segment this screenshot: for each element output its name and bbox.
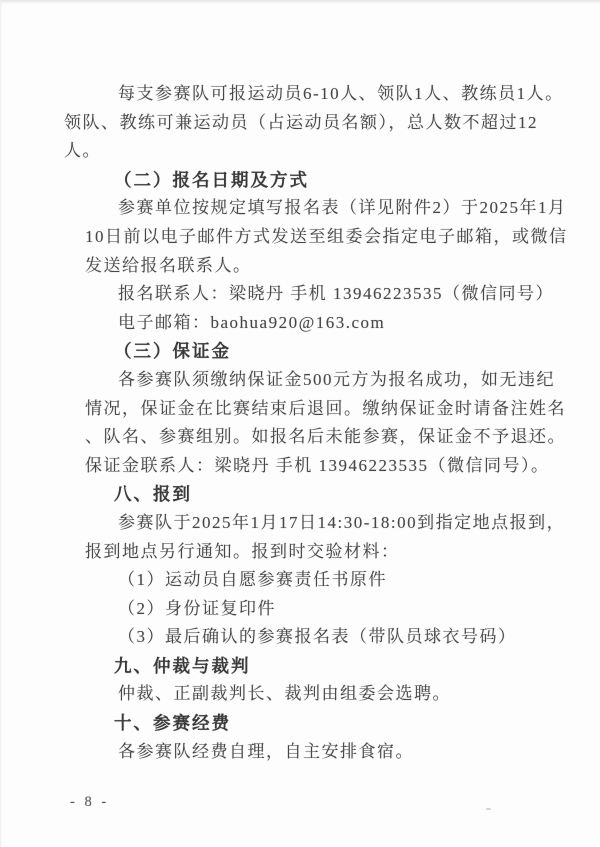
body-text-line: 、队名、参赛组别。如报名后未能参赛，保证金不予退还。 [85,423,565,452]
section-heading: （二）报名日期及方式 [85,166,565,195]
section-heading: 十、参赛经费 [85,709,565,738]
section-heading: 九、仲裁与裁判 [85,652,565,681]
body-text-line: 情况，保证金在比赛结束后退回。缴纳保证金时请备注姓名 [85,395,565,424]
document-content: 每支参赛队可报运动员6-10人、领队1人、教练员1人。领队、教练可兼运动员（占运… [85,80,565,766]
body-text-line: （1）运动员自愿参赛责任书原件 [85,566,565,595]
body-text-line: （3）最后确认的参赛报名表（带队员球衣号码） [85,623,565,652]
body-text-line: 保证金联系人：梁晓丹 手机 13946223535（微信同号）。 [85,452,565,481]
section-heading: （三）保证金 [85,337,565,366]
body-text-line: 报名联系人：梁晓丹 手机 13946223535（微信同号） [85,280,565,309]
body-text-line: 参赛队于2025年1月17日14:30-18:00到指定地点报到， [85,509,565,538]
body-text-line: 各参赛队须缴纳保证金500元方为报名成功，如无违纪 [85,366,565,395]
scan-speck [527,440,531,443]
body-text-line: 参赛单位按规定填写报名表（详见附件2）于2025年1月 [85,194,565,223]
document-page: 每支参赛队可报运动员6-10人、领队1人、教练员1人。领队、教练可兼运动员（占运… [0,0,600,847]
body-text-line: 报到地点另行通知。报到时交验材料： [85,538,565,567]
scan-speck [486,808,491,810]
body-text-line: 人。 [64,137,565,166]
body-text-line: 发送给报名联系人。 [85,252,565,281]
body-text-line: 仲裁、正副裁判长、裁判由组委会选聘。 [85,680,565,709]
body-text-line: 领队、教练可兼运动员（占运动员名额），总人数不超过12 [64,109,565,138]
scan-edge-left [0,0,2,847]
body-text-line: 每支参赛队可报运动员6-10人、领队1人、教练员1人。 [64,80,565,109]
section-heading: 八、报到 [85,480,565,509]
body-text-line: 电子邮箱：baohua920@163.com [85,309,565,338]
body-text-line: （2）身份证复印件 [85,595,565,624]
body-text-line: 10日前以电子邮件方式发送至组委会指定电子邮箱，或微信 [85,223,565,252]
scan-edge-top [0,0,600,4]
page-number: - 8 - [70,794,109,811]
body-text-line: 各参赛队经费自理，自主安排食宿。 [85,738,565,767]
